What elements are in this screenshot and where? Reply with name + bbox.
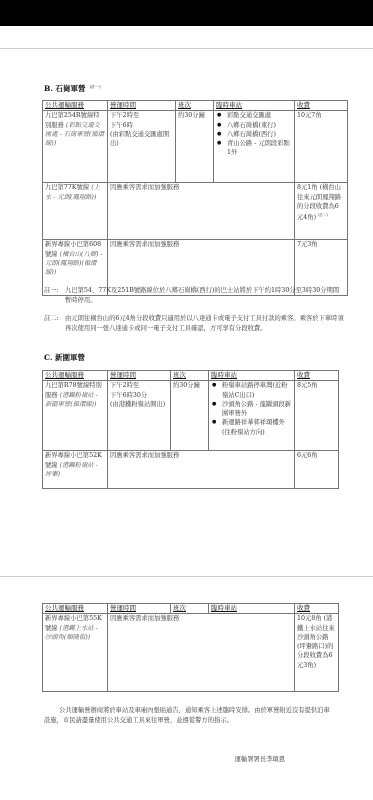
fare-cell: 10元7角	[295, 111, 348, 183]
note-text: 九巴第54、77K及251B號路線位於八鄉石崗橋(西行)的巴士站將於下午約1時3…	[65, 286, 344, 305]
table-header-row: 公共運輸服務 營運時間 班次 臨時車站 收費	[43, 101, 348, 111]
note-text: 由元朗往橫台山的6元4角分段收費只適用於以八達通卡或電子支付工具付款的乘客。乘客…	[65, 314, 344, 333]
frequency-cell: 約30分鐘	[171, 381, 209, 451]
note-ref: (註一)	[90, 84, 101, 89]
stop-item: 新運路祥華邨祥頌樓外(往粉嶺站方向)	[222, 418, 292, 437]
service-name: 九巴第77K號線	[45, 184, 89, 191]
note-1: 註一: 九巴第54、77K及251B號路線位於八鄉石崗橋(西行)的巴士站將於下午…	[44, 286, 344, 305]
section-b-title-text: B. 石崗軍營	[44, 84, 86, 93]
section-c-table: 公共運輸服務 營運時間 班次 臨時車站 收費 九巴第R78號線特別服務 (港鐵粉…	[42, 370, 339, 489]
hours-end: 下午6時30分	[110, 391, 168, 400]
service-cell: 九巴第254R號線特別服務 (彩點交通交匯處 - 石崗軍營(循環線))	[43, 111, 108, 183]
merged-cell: 因應乘客需求而加強服務	[108, 614, 295, 692]
merged-cell: 因應乘客需求而加強服務	[108, 451, 295, 489]
stop-item: 青山公路 - 元朗段彩點1外	[227, 139, 292, 158]
service-cell: 新界專線小巴第52K號線 (港鐵粉嶺站 - 坪輋)	[43, 451, 108, 489]
header-fare: 收費	[295, 101, 348, 111]
header-stops: 臨時車站	[209, 371, 295, 381]
stop-item: 八鄉石崗橋(東行)	[227, 121, 292, 130]
service-cell: 新界專線小巴第55K號線 (港鐵上水站 - 沙頭角(順隆街))	[43, 614, 108, 692]
table-row: 九巴第254R號線特別服務 (彩點交通交匯處 - 石崗軍營(循環線)) 下午2時…	[43, 111, 348, 183]
note-label: 註二:	[44, 314, 59, 324]
merged-cell: 因應乘客需求而加強服務	[108, 183, 295, 240]
header-service: 公共運輸服務	[43, 371, 108, 381]
fare-cell: 6元6角	[295, 451, 339, 489]
header-frequency: 班次	[176, 101, 214, 111]
hours-cell: 下午2時至下午6時30分(由港鐵粉嶺站開出)	[108, 381, 171, 451]
header-stops: 臨時車站	[214, 101, 295, 111]
section-b-title: B. 石崗軍營(註一)	[44, 83, 101, 94]
fare-note-ref: (註二)	[318, 213, 328, 217]
stop-item: 沙頭角公路 - 龍躍頭段新圍軍營外	[222, 400, 292, 419]
fare-cell: 10元8角 (港鐵上水站往來沙頭角公路(坪輋路口)的分段收費為6元3角)	[295, 614, 339, 692]
table-row: 九巴第77K號線 (上水 - 元朗(鳳翔路)) 因應乘客需求而加強服務 8元1角…	[43, 183, 348, 240]
fare-cell: 8元5角	[295, 381, 339, 451]
hours-origin: (由彩點交通交匯處開出)	[110, 130, 173, 149]
table-header-row: 公共運輸服務 營運時間 班次 臨時車站 收費	[43, 371, 339, 381]
header-fare: 收費	[295, 604, 339, 614]
hours-start: 下午2時至	[110, 381, 168, 390]
hours-start: 下午2時至	[110, 111, 173, 120]
stops-cell: 彩點交通交匯處 八鄉石崗橋(東行) 八鄉石崗橋(西行) 青山公路 - 元朗段彩點…	[214, 111, 295, 183]
header-fare: 收費	[295, 371, 339, 381]
signature: 運輸署署長李頌恩	[235, 754, 285, 763]
stop-item: 彩點交通交匯處	[227, 111, 292, 120]
header-frequency: 班次	[171, 604, 209, 614]
stop-item: 粉嶺車站路停車灣(近粉嶺站C出口)	[222, 381, 292, 400]
hours-end: 下午6時	[110, 121, 173, 130]
page2-table: 公共運輸服務 營運時間 班次 臨時車站 收費 新界專線小巴第55K號線 (港鐵上…	[42, 603, 339, 692]
header-frequency: 班次	[171, 371, 209, 381]
frequency-cell: 約30分鐘	[176, 111, 214, 183]
toolbar-divider	[0, 48, 373, 49]
table-row: 新界專線小巴第52K號線 (港鐵粉嶺站 - 坪輋) 因應乘客需求而加強服務 6元…	[43, 451, 339, 489]
hours-cell: 下午2時至下午6時(由彩點交通交匯處開出)	[108, 111, 176, 183]
header-service: 公共運輸服務	[43, 604, 108, 614]
table-row: 九巴第R78號線特別服務 (港鐵粉嶺站 - 新圍軍營(循環線)) 下午2時至下午…	[43, 381, 339, 451]
section-b-table: 公共運輸服務 營運時間 班次 臨時車站 收費 九巴第254R號線特別服務 (彩點…	[42, 100, 348, 296]
fare-cell: 8元1角 (橫台山往來元朗鳳翔路的分段收費為6元4角)(註二)	[295, 183, 348, 240]
page-break	[0, 576, 373, 577]
stops-cell: 粉嶺車站路停車灣(近粉嶺站C出口) 沙頭角公路 - 龍躍頭段新圍軍營外 新運路祥…	[209, 381, 295, 451]
header-hours: 營運時間	[108, 101, 176, 111]
note-label: 註一:	[44, 286, 59, 296]
service-cell: 九巴第77K號線 (上水 - 元朗(鳳翔路))	[43, 183, 108, 240]
header-hours: 營運時間	[108, 371, 171, 381]
service-cell: 九巴第R78號線特別服務 (港鐵粉嶺站 - 新圍軍營(循環線))	[43, 381, 108, 451]
table-header-row: 公共運輸服務 營運時間 班次 臨時車站 收費	[43, 604, 339, 614]
header-service: 公共運輸服務	[43, 101, 108, 111]
table-row: 新界專線小巴第55K號線 (港鐵上水站 - 沙頭角(順隆街)) 因應乘客需求而加…	[43, 614, 339, 692]
closing-paragraph: 公共運輸營辦商將於車站及車廂內張貼通告，通知乘客上述臨時安排。由於軍營附近沒有提…	[44, 706, 330, 725]
top-bar	[0, 0, 373, 26]
stop-item: 八鄉石崗橋(西行)	[227, 130, 292, 139]
note-2: 註二: 由元朗往橫台山的6元4角分段收費只適用於以八達通卡或電子支付工具付款的乘…	[44, 314, 344, 333]
header-stops: 臨時車站	[209, 604, 295, 614]
header-hours: 營運時間	[108, 604, 171, 614]
hours-origin: (由港鐵粉嶺站開出)	[110, 400, 168, 409]
section-c-title: C. 新圍軍營	[44, 352, 85, 363]
